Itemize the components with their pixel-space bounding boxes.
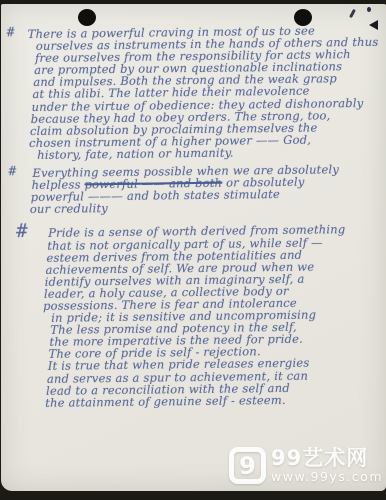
manuscript: #There is a powerful craving in most of … bbox=[4, 24, 386, 415]
watermark-site-name: 99艺术网 bbox=[271, 447, 383, 469]
paragraph-marker: # bbox=[8, 166, 16, 178]
logo-99-icon: 9 bbox=[229, 447, 266, 484]
hole-punch bbox=[78, 9, 96, 26]
watermark-text: 99艺术网 www.99ys.com bbox=[271, 447, 383, 483]
paragraph-marker: # bbox=[7, 27, 15, 39]
paragraph: #Pride is a sense of worth derived from … bbox=[6, 223, 386, 409]
manuscript-line: the attainment of genuine self - esteem. bbox=[45, 392, 386, 408]
watermark: 9 99艺术网 www.99ys.com bbox=[229, 447, 383, 484]
watermark-site-url: www.99ys.com bbox=[271, 470, 383, 483]
manuscript-page: #There is a powerful craving in most of … bbox=[1, 4, 386, 491]
paragraph: #Everything seems possible when we are a… bbox=[5, 163, 384, 216]
paragraph: #There is a powerful craving in most of … bbox=[4, 24, 384, 162]
ink-smudge bbox=[367, 7, 371, 12]
paragraph-marker: # bbox=[16, 225, 28, 237]
ink-smudge bbox=[349, 9, 356, 18]
manuscript-line: history, fate, nation or humanity. bbox=[37, 145, 383, 161]
